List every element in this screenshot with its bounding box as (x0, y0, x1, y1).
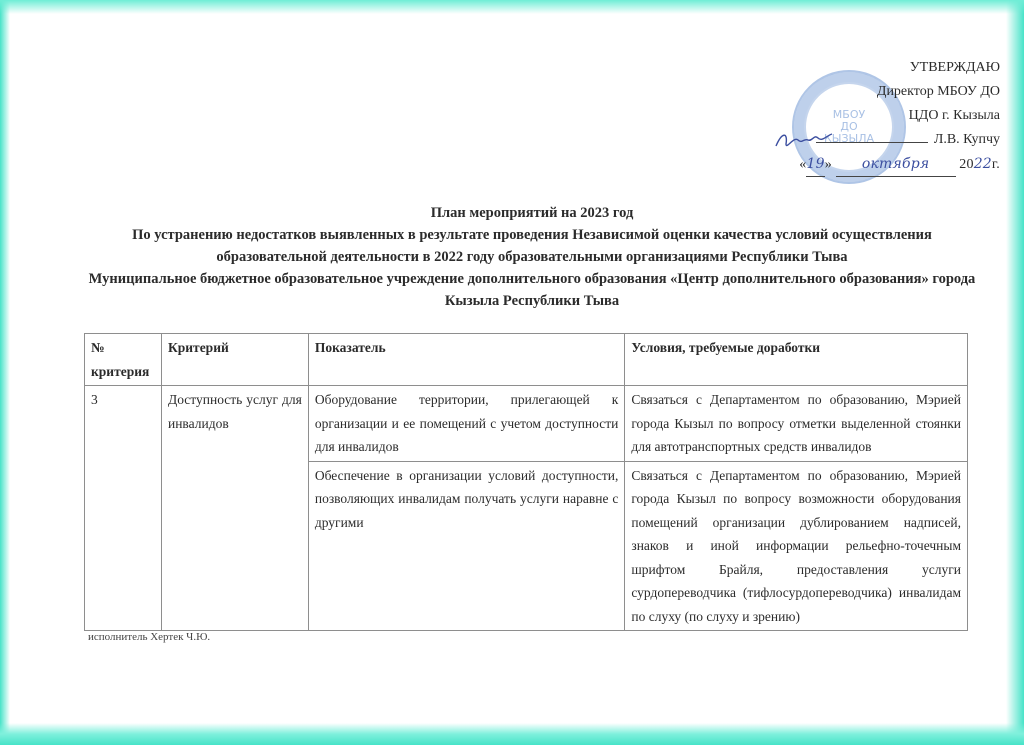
table-row: 3 Доступность услуг для инвалидов Оборуд… (85, 386, 968, 462)
header-conditions: Условия, требуемые доработки (625, 334, 968, 386)
date-month: октября (836, 152, 956, 177)
cell-criterion: Доступность услуг для инвалидов (161, 386, 308, 631)
cell-criterion-number: 3 (85, 386, 162, 631)
signer-name: Л.В. Купчу (934, 132, 1000, 147)
title-line-3: образовательной деятельности в 2022 году… (60, 246, 1004, 268)
cell-conditions: Связаться с Департаментом по образованию… (625, 386, 968, 462)
cell-indicator: Оборудование территории, прилегающей к о… (308, 386, 625, 462)
title-line-4: Муниципальное бюджетное образовательное … (60, 268, 1004, 290)
executor-note: исполнитель Хертек Ч.Ю. (88, 631, 210, 643)
handwritten-signature (774, 128, 834, 156)
frame-glow-top (0, 0, 1024, 14)
header-indicator: Показатель (308, 334, 625, 386)
plan-table: № критерия Критерий Показатель Условия, … (84, 333, 968, 631)
date-year-hand: 22 (974, 156, 992, 172)
date-year-prefix: 20 (959, 157, 973, 172)
approver-organization: ЦДО г. Кызыла (799, 104, 1000, 128)
title-line-2: По устранению недостатков выявленных в р… (60, 224, 1004, 246)
frame-glow-right (1006, 0, 1024, 745)
document-title: План мероприятий на 2023 год По устранен… (60, 202, 1004, 312)
quote-close: » (825, 157, 832, 172)
title-line-5: Кызыла Республики Тыва (60, 290, 1004, 312)
cell-conditions: Связаться с Департаментом по образованию… (625, 461, 968, 631)
header-criterion-number: № критерия (85, 334, 162, 386)
approval-block: УТВЕРЖДАЮ Директор МБОУ ДО ЦДО г. Кызыла… (799, 56, 1000, 177)
title-line-1: План мероприятий на 2023 год (60, 202, 1004, 224)
date-year-suffix: г. (992, 157, 1000, 172)
header-criterion: Критерий (161, 334, 308, 386)
signature-scribble-icon (774, 128, 834, 152)
cell-indicator: Обеспечение в организации условий доступ… (308, 461, 625, 631)
approve-label: УТВЕРЖДАЮ (799, 56, 1000, 80)
frame-glow-bottom (0, 723, 1024, 745)
table-header-row: № критерия Критерий Показатель Условия, … (85, 334, 968, 386)
quote-open: « (799, 157, 806, 172)
approver-position: Директор МБОУ ДО (799, 80, 1000, 104)
frame-glow-left (0, 0, 10, 745)
